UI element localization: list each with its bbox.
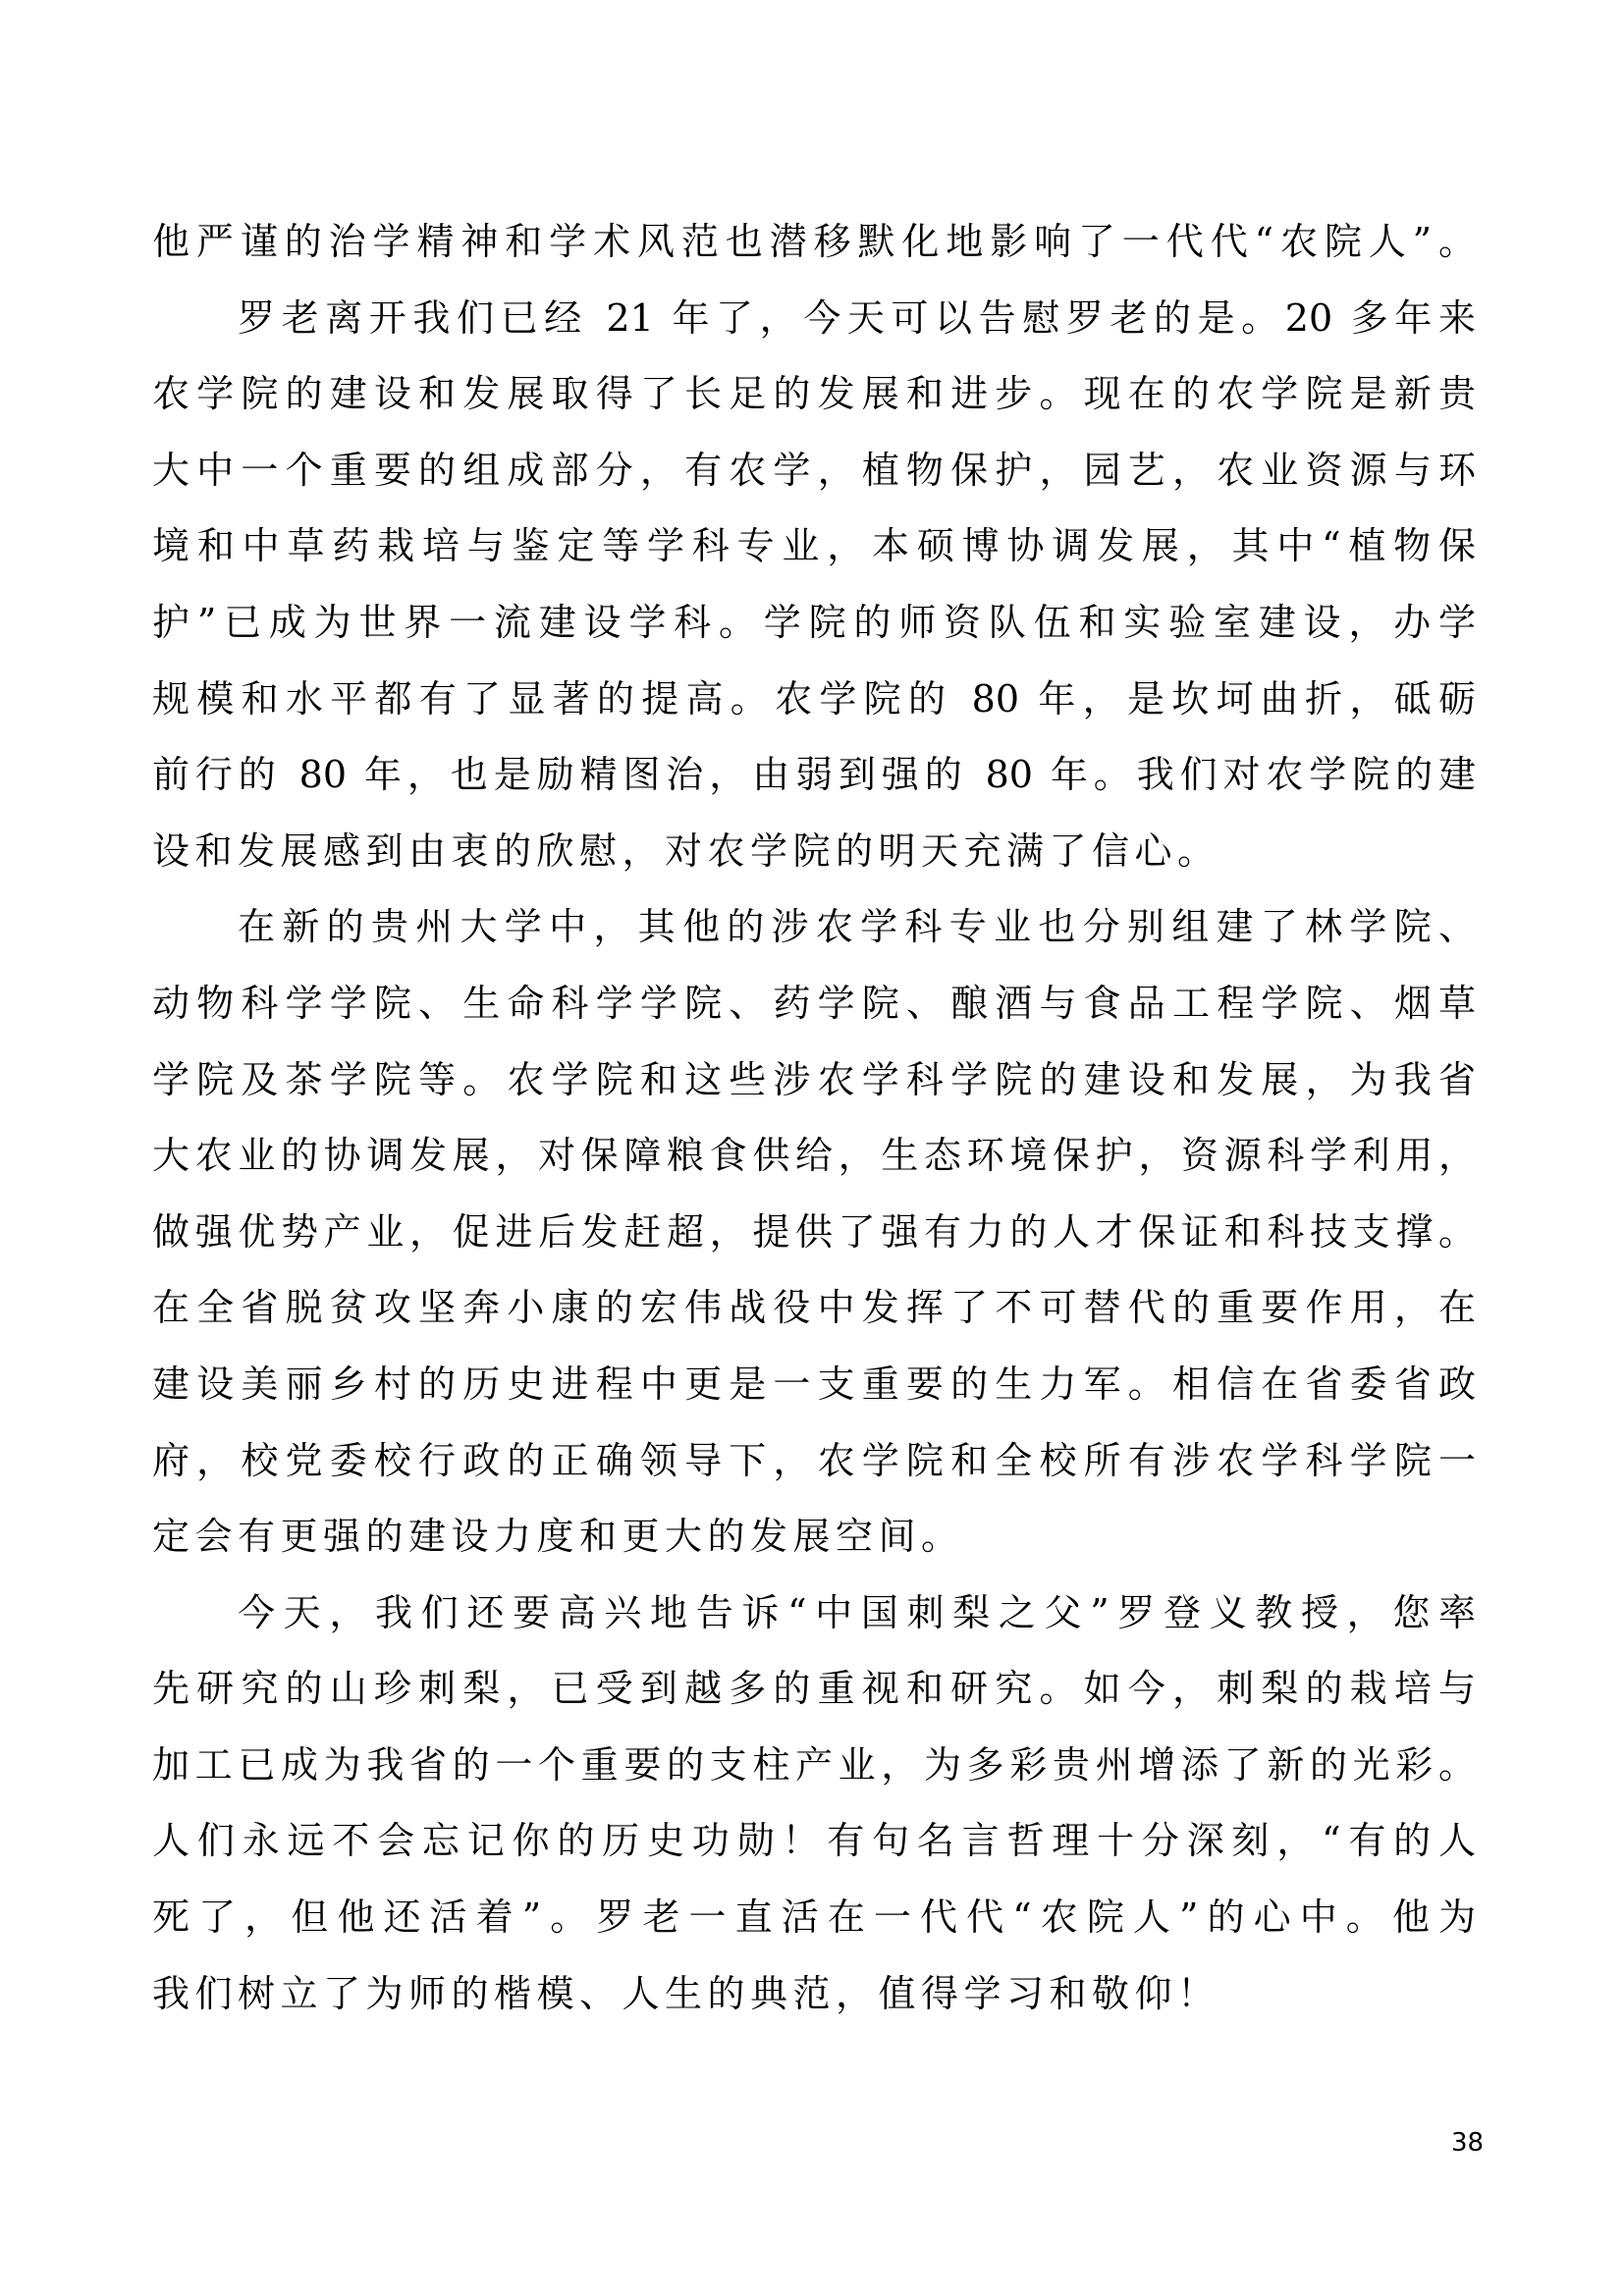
text-line: 大中一个重要的组成部分，有农学，植物保护，园艺，农业资源与环 <box>152 433 1476 509</box>
paragraph-last-line: 我们树立了为师的楷模、人生的典范，值得学习和敬仰！ <box>152 1956 1476 2033</box>
text-line: 死了，但他还活着”。罗老一直活在一代代“农院人”的心中。他为 <box>152 1880 1476 1956</box>
paragraph-first-line: 罗老离开我们已经 21 年了，今天可以告慰罗老的是。20 多年来 <box>152 281 1476 357</box>
paragraph-first-line: 在新的贵州大学中，其他的涉农学科专业也分别组建了林学院、 <box>152 889 1476 966</box>
text-line: 他严谨的治学精神和学术风范也潜移默化地影响了一代代“农院人”。 <box>152 204 1476 281</box>
text-line: 先研究的山珍刺梨，已受到越多的重视和研究。如今，刺梨的栽培与 <box>152 1651 1476 1728</box>
text-line: 学院及茶学院等。农学院和这些涉农学科学院的建设和发展，为我省 <box>152 1042 1476 1119</box>
text-line: 规模和水平都有了显著的提高。农学院的 80 年，是坎坷曲折，砥砺 <box>152 662 1476 738</box>
text-line: 境和中草药栽培与鉴定等学科专业，本硕博协调发展，其中“植物保 <box>152 508 1476 585</box>
body-text: 他严谨的治学精神和学术风范也潜移默化地影响了一代代“农院人”。 罗老离开我们已经… <box>152 204 1476 2032</box>
text-line: 在全省脱贫攻坚奔小康的宏伟战役中发挥了不可替代的重要作用，在 <box>152 1270 1476 1347</box>
paragraph-first-line: 今天，我们还要高兴地告诉“中国刺梨之父”罗登义教授，您率 <box>152 1575 1476 1652</box>
paragraph-last-line: 定会有更强的建设力度和更大的发展空间。 <box>152 1499 1476 1575</box>
text-line: 大农业的协调发展，对保障粮食供给，生态环境保护，资源科学利用， <box>152 1118 1476 1195</box>
text-line: 动物科学学院、生命科学学院、药学院、酿酒与食品工程学院、烟草 <box>152 966 1476 1042</box>
text-line: 府，校党委校行政的正确领导下，农学院和全校所有涉农学科学院一 <box>152 1423 1476 1500</box>
text-line: 人们永远不会忘记你的历史功勋！有句名言哲理十分深刻，“有的人 <box>152 1803 1476 1880</box>
text-line: 建设美丽乡村的历史进程中更是一支重要的生力军。相信在省委省政 <box>152 1347 1476 1423</box>
paragraph-last-line: 设和发展感到由衷的欣慰，对农学院的明天充满了信心。 <box>152 814 1476 890</box>
document-page: 他严谨的治学精神和学术风范也潜移默化地影响了一代代“农院人”。 罗老离开我们已经… <box>0 0 1624 2296</box>
text-line: 农学院的建设和发展取得了长足的发展和进步。现在的农学院是新贵 <box>152 356 1476 433</box>
text-line: 前行的 80 年，也是励精图治，由弱到强的 80 年。我们对农学院的建 <box>152 737 1476 814</box>
text-line: 护”已成为世界一流建设学科。学院的师资队伍和实验室建设，办学 <box>152 585 1476 662</box>
page-number: 38 <box>1451 2128 1484 2158</box>
text-line: 做强优势产业，促进后发赶超，提供了强有力的人才保证和科技支撑。 <box>152 1195 1476 1271</box>
text-line: 加工已成为我省的一个重要的支柱产业，为多彩贵州增添了新的光彩。 <box>152 1728 1476 1804</box>
